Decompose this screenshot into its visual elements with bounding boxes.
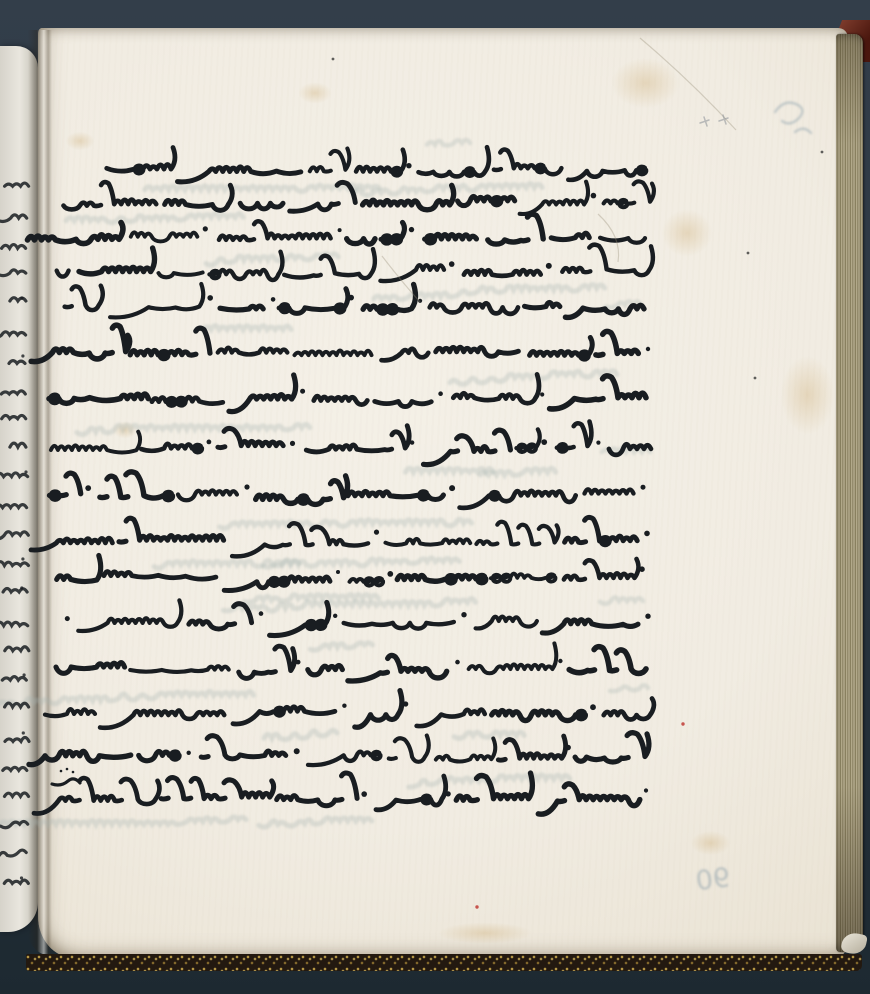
manuscript-photo: 90 — [0, 0, 870, 994]
manuscript-page — [38, 28, 848, 958]
book-fore-edge — [836, 34, 863, 952]
book-cover-bottom-edge — [26, 954, 862, 971]
facing-page-edge — [0, 46, 38, 932]
